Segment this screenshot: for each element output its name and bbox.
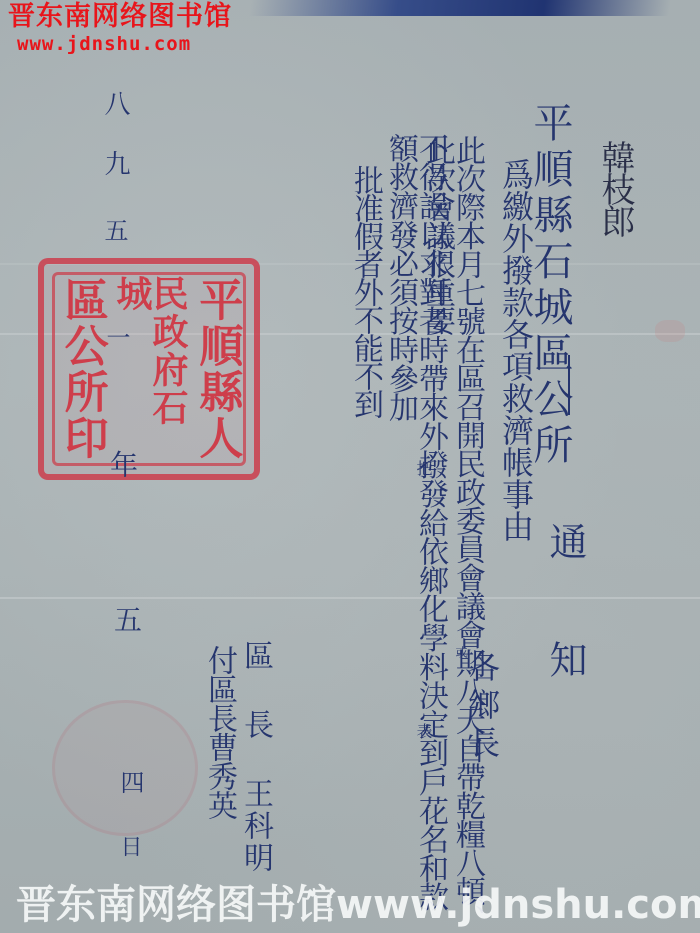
signature-top-right: 韓枝郎 (598, 140, 632, 236)
seal-inner-border: 平順縣人 民政府石城 區公所印 (52, 272, 246, 466)
date-digit: 五 (102, 218, 126, 242)
body-text-column-3: 批准假者外不能不到 (350, 165, 380, 417)
body-text-column-2: 不得誤以求對者時帶來外撥發給依鄉化學料決定到戶花名和款額救濟發必須按時參加 (385, 133, 445, 933)
date-digit: 四 (118, 770, 142, 794)
insert-mark: 或 (455, 646, 467, 658)
date-digit: 八 (102, 90, 128, 116)
faded-red-mark (655, 320, 685, 342)
recipient-stroke (568, 355, 570, 415)
date-month: 五 (112, 605, 140, 633)
seal-column-3: 區公所印 (60, 277, 104, 461)
date-digit: 九 (102, 150, 128, 176)
district-chief-signature: 區 長 王科明 (240, 640, 270, 874)
seal-column-2: 民政府石城 (113, 275, 185, 463)
insert-mark: 把 (415, 460, 431, 476)
date-digit: 一 (104, 325, 128, 349)
paper-fold (0, 597, 700, 599)
faded-round-seal (52, 700, 198, 836)
watermark-top-url: www.jdnshu.com (17, 33, 191, 55)
date-digit: 日 (118, 835, 140, 857)
deputy-chief-signature: 付區長曹秀英 (204, 645, 234, 819)
date-digit: 年 (108, 450, 136, 478)
subject-line: 爲繳外撥款各項救濟帳事由 (500, 158, 532, 542)
official-seal: 平順縣人 民政府石城 區公所印 (38, 258, 260, 480)
recipient-office: 平順縣石城區公所 (530, 102, 570, 470)
ink-smear (249, 0, 671, 16)
insert-mark: 表 (415, 723, 431, 739)
document-title: 通 知 (546, 522, 584, 696)
watermark-bottom: 晋东南网络图书馆www.jdnshu.com (16, 882, 700, 928)
watermark-top-name: 晋东南网络图书馆 (8, 2, 232, 32)
seal-column-1: 平順縣人 (194, 277, 238, 461)
